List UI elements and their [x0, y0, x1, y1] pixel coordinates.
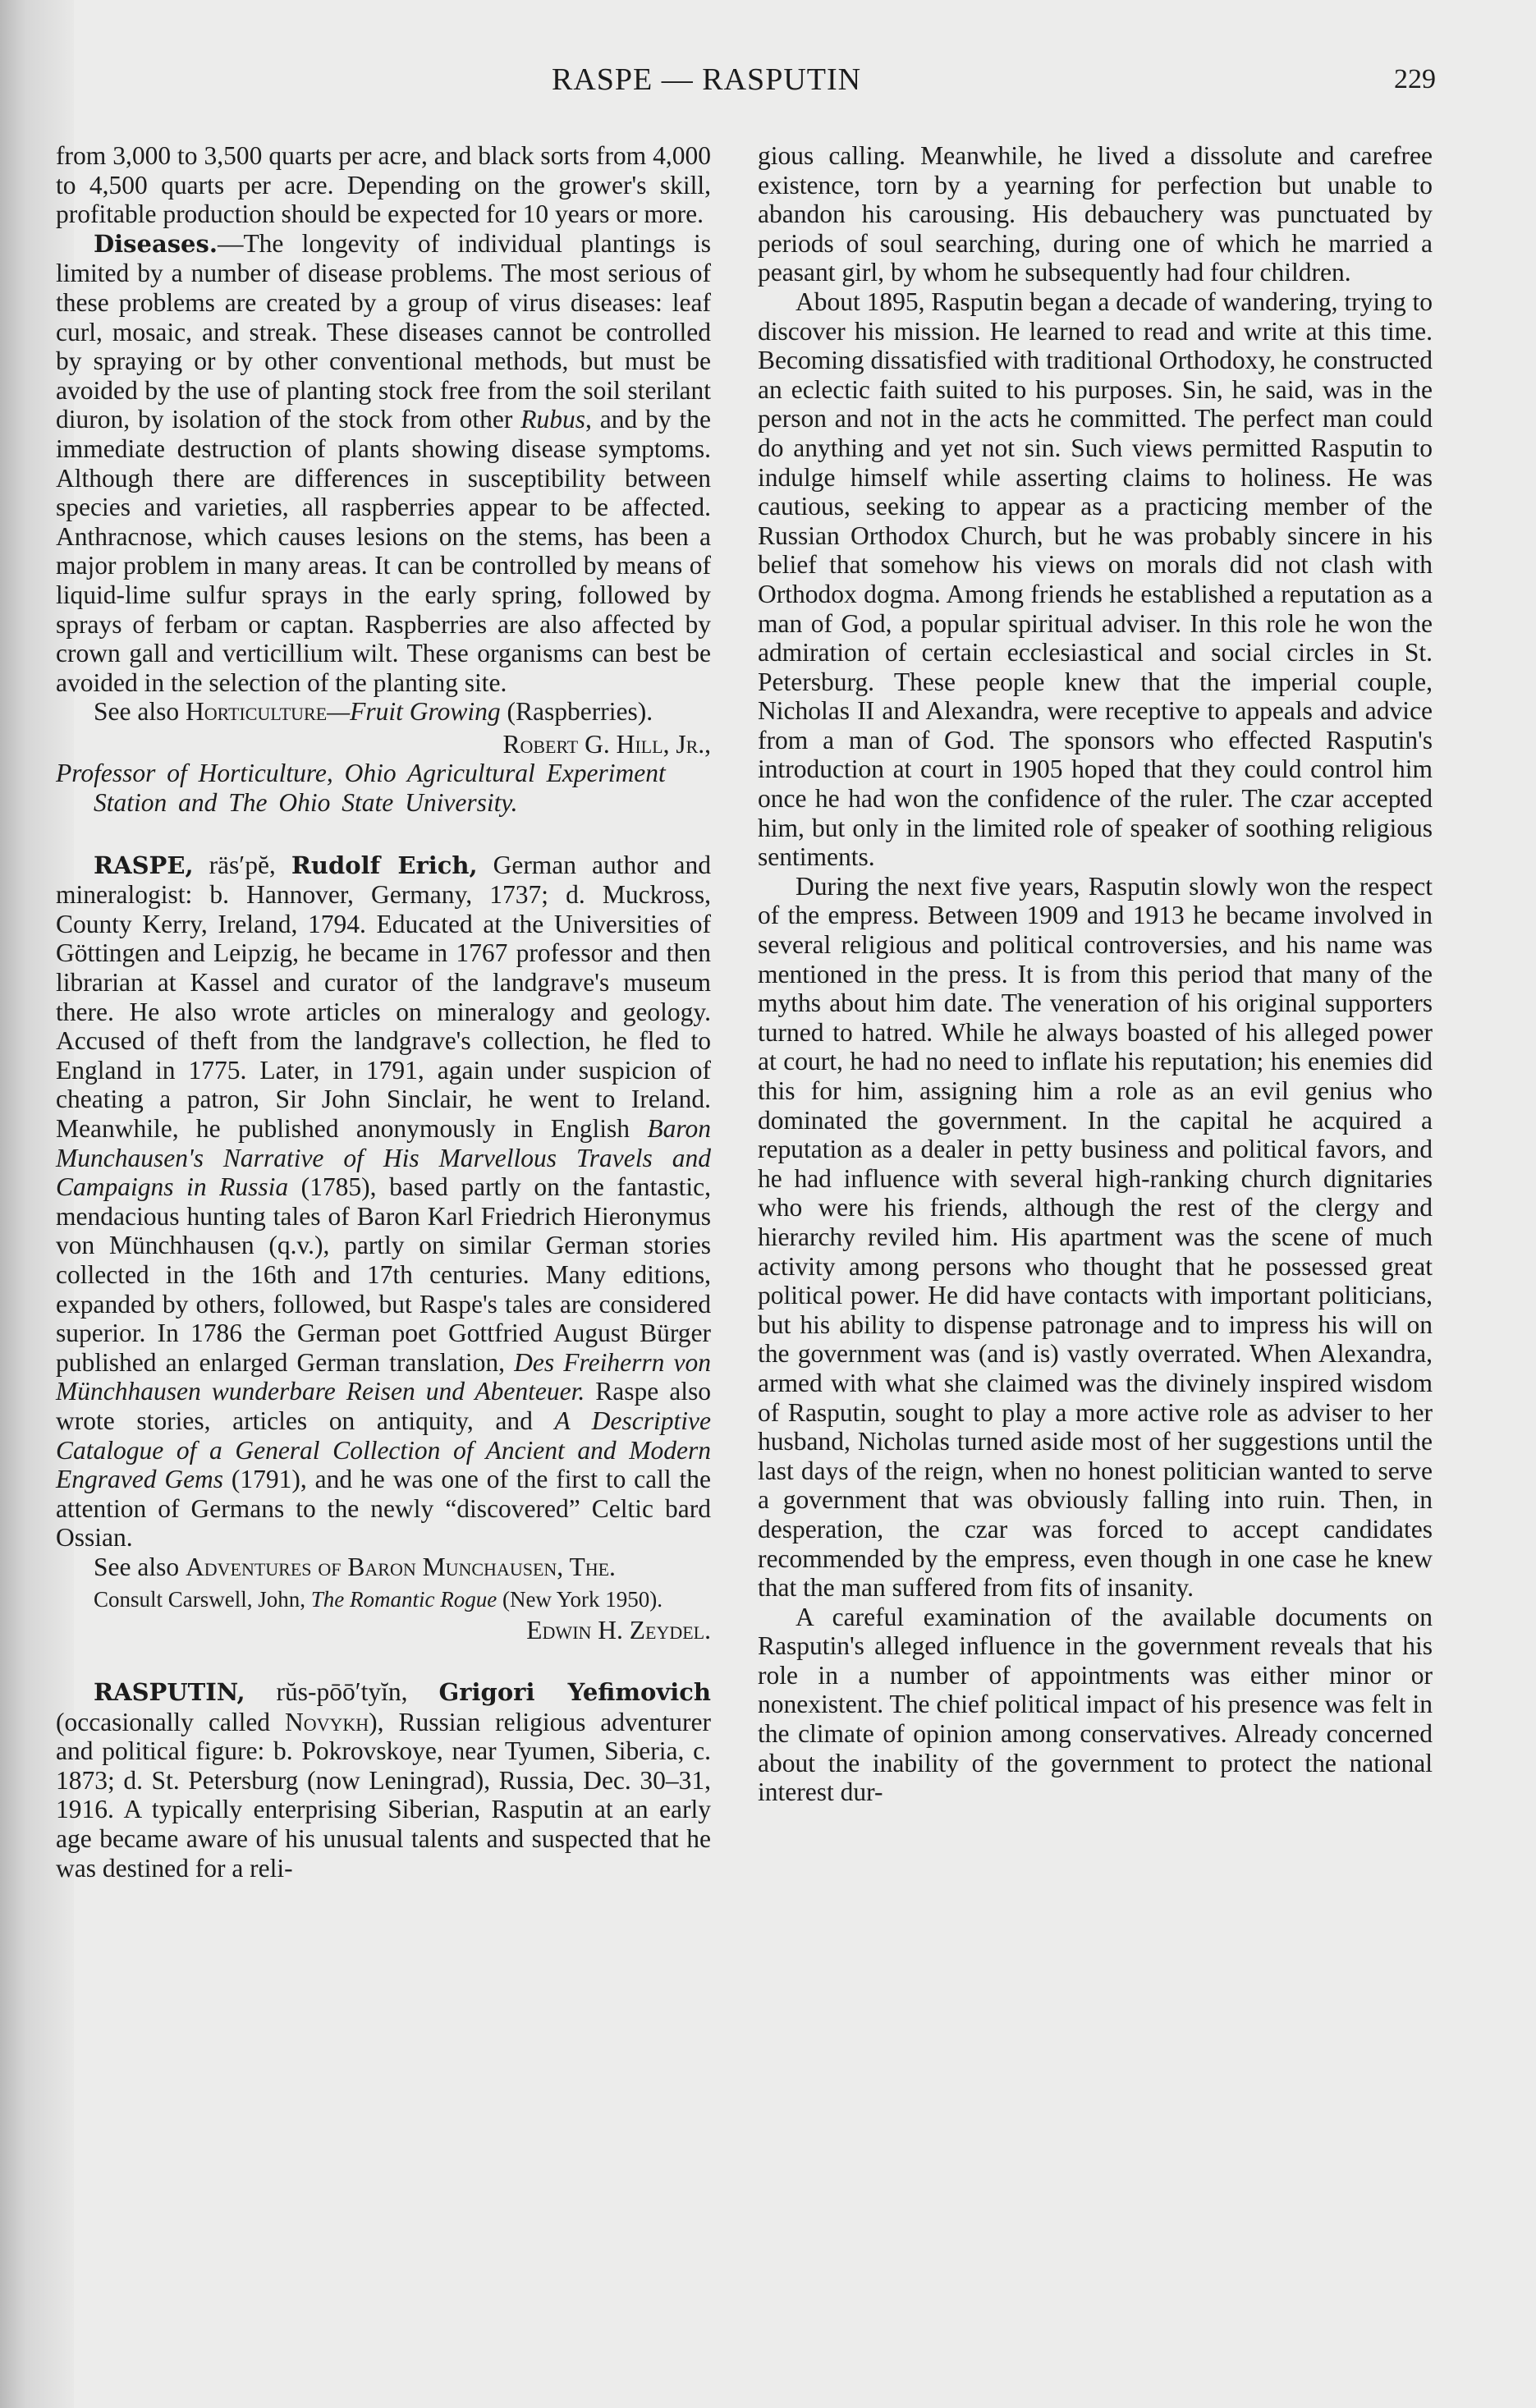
cross-reference-link[interactable]: Horticulture — [186, 697, 327, 726]
diseases-heading: Diseases. — [94, 230, 218, 258]
consult-bibliography: Consult Carswell, John, The Romantic Rog… — [56, 1587, 711, 1612]
rubus-term: Rubus — [520, 405, 585, 433]
rasputin-paragraph-1: gious calling. Meanwhile, he lived a dis… — [758, 141, 1433, 287]
raspe-pronunciation: räs′pĕ, — [194, 851, 291, 879]
raspe-headword: RASPE, — [94, 851, 194, 879]
rasputin-paragraph-2: About 1895, Rasputin began a decade of w… — [758, 287, 1433, 872]
rasputin-headword: RASPUTIN, — [94, 1678, 245, 1706]
diseases-paragraph: Diseases.—The longevity of individual pl… — [56, 229, 711, 698]
rasputin-alias: Novykh — [285, 1708, 369, 1736]
see-also-horticulture: See also Horticulture—Fruit Growing (Ras… — [56, 697, 711, 727]
author-signature: Robert G. Hill, Jr., — [56, 730, 711, 759]
page-number: 229 — [1394, 59, 1436, 100]
rasputin-paragraph-4: A careful examination of the available d… — [758, 1603, 1433, 1807]
running-head: RASPE — RASPUTIN 229 — [0, 59, 1536, 100]
rasputin-paragraph-3: During the next five years, Rasputin slo… — [758, 872, 1433, 1603]
running-title: RASPE — RASPUTIN — [552, 59, 861, 100]
left-column: from 3,000 to 3,500 quarts per acre, and… — [56, 141, 711, 1883]
rasputin-pronunciation: rŭs-pōō′tyĭn, — [245, 1677, 439, 1706]
rasputin-name: Grigori Yefimovich — [438, 1678, 711, 1706]
raspberry-continuation: from 3,000 to 3,500 quarts per acre, and… — [56, 141, 711, 229]
cross-reference-link[interactable]: Adventures of Baron Munchausen, The. — [186, 1553, 616, 1581]
author-affiliation: Professor of Horticulture, Ohio Agricult… — [56, 759, 711, 817]
right-column: gious calling. Meanwhile, he lived a dis… — [758, 141, 1433, 1807]
author-signature: Edwin H. Zeydel. — [56, 1616, 711, 1645]
see-also-munchausen: See also Adventures of Baron Munchausen,… — [56, 1553, 711, 1582]
raspe-name: Rudolf Erich, — [291, 851, 478, 879]
rasputin-entry: RASPUTIN, rŭs-pōō′tyĭn, Grigori Yefimovi… — [56, 1677, 711, 1883]
raspe-entry: RASPE, räs′pĕ, Rudolf Erich, German auth… — [56, 851, 711, 1553]
